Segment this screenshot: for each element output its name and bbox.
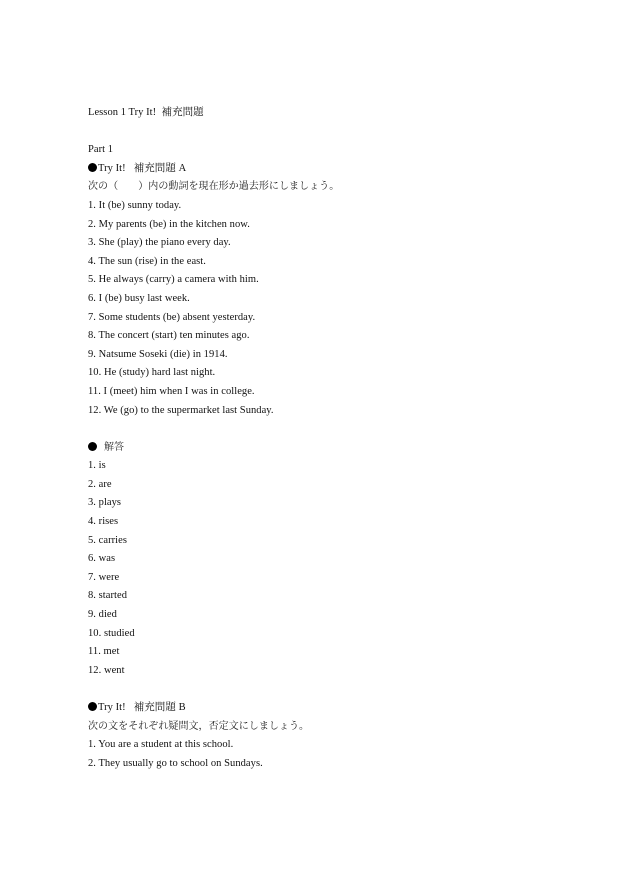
question-item: 11. I (meet) him when I was in college. <box>88 383 568 402</box>
document-title: Lesson 1 Try It! 補充問題 <box>88 104 568 123</box>
question-item: 2. They usually go to school on Sundays. <box>88 755 568 774</box>
bullet-icon <box>88 442 97 451</box>
answer-item: 7. were <box>88 569 568 588</box>
part-label: Part 1 <box>88 141 568 160</box>
answers-heading: 解答 <box>88 439 568 458</box>
section-a-instruction: 次の（ ）内の動詞を現在形か過去形にしましょう。 <box>88 178 568 197</box>
question-item: 1. It (be) sunny today. <box>88 197 568 216</box>
section-a-heading-text: Try It! 補充問題 A <box>98 163 186 174</box>
bullet-icon <box>88 702 97 711</box>
question-item: 6. I (be) busy last week. <box>88 290 568 309</box>
section-b-heading: Try It! 補充問題 B <box>88 699 568 718</box>
section-a-heading: Try It! 補充問題 A <box>88 160 568 179</box>
answer-item: 6. was <box>88 550 568 569</box>
question-item: 8. The concert (start) ten minutes ago. <box>88 327 568 346</box>
bullet-icon <box>88 163 97 172</box>
spacer <box>88 420 568 439</box>
section-b-heading-text: Try It! 補充問題 B <box>98 702 186 713</box>
answers-heading-text: 解答 <box>104 442 124 453</box>
answer-item: 8. started <box>88 587 568 606</box>
question-item: 5. He always (carry) a camera with him. <box>88 271 568 290</box>
question-item: 4. The sun (rise) in the east. <box>88 253 568 272</box>
answer-item: 4. rises <box>88 513 568 532</box>
answer-item: 11. met <box>88 643 568 662</box>
document-page: Lesson 1 Try It! 補充問題 Part 1 Try It! 補充問… <box>88 104 568 773</box>
question-item: 7. Some students (be) absent yesterday. <box>88 309 568 328</box>
question-item: 3. She (play) the piano every day. <box>88 234 568 253</box>
section-b-instruction: 次の文をそれぞれ疑問文，否定文にしましょう。 <box>88 718 568 737</box>
answer-item: 12. went <box>88 662 568 681</box>
spacer <box>88 680 568 699</box>
question-item: 2. My parents (be) in the kitchen now. <box>88 216 568 235</box>
question-item: 10. He (study) hard last night. <box>88 364 568 383</box>
answer-item: 3. plays <box>88 494 568 513</box>
spacer <box>88 123 568 142</box>
question-item: 1. You are a student at this school. <box>88 736 568 755</box>
answer-item: 10. studied <box>88 625 568 644</box>
question-item: 12. We (go) to the supermarket last Sund… <box>88 402 568 421</box>
answer-item: 1. is <box>88 457 568 476</box>
answer-item: 5. carries <box>88 532 568 551</box>
answer-item: 2. are <box>88 476 568 495</box>
question-item: 9. Natsume Soseki (die) in 1914. <box>88 346 568 365</box>
answer-item: 9. died <box>88 606 568 625</box>
